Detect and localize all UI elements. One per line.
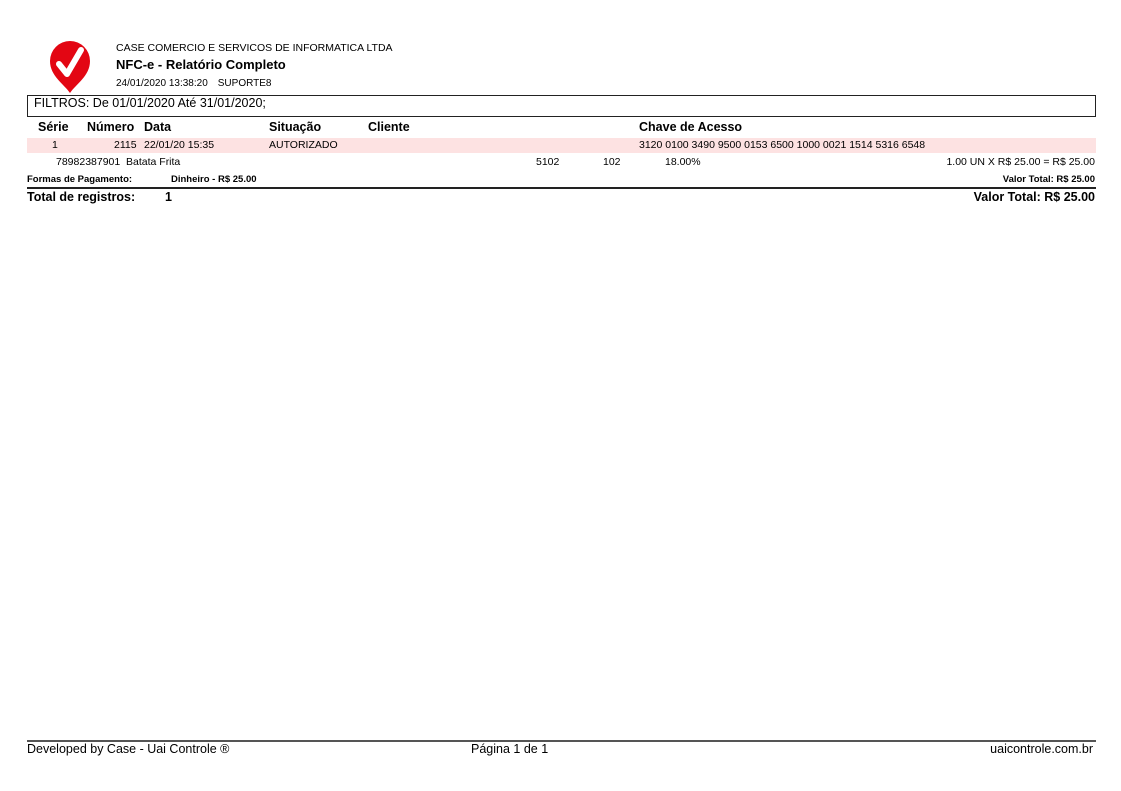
col-header-situacao: Situação: [269, 120, 321, 134]
item-calculo: 1.00 UN X R$ 25.00 = R$ 25.00: [946, 156, 1095, 168]
report-title: NFC-e - Relatório Completo: [116, 57, 286, 72]
user-name: SUPORTE8: [218, 78, 272, 89]
item-codigo: 78982387901: [56, 156, 120, 168]
footer-credit: Developed by Case - Uai Controle ®: [27, 742, 229, 756]
cell-data: 22/01/20 15:35: [144, 139, 214, 151]
item-descricao: Batata Frita: [126, 156, 180, 168]
col-header-serie: Série: [38, 120, 69, 134]
generated-at: 24/01/2020 13:38:20: [116, 78, 208, 89]
cell-chave: 3120 0100 3490 9500 0153 6500 1000 0021 …: [639, 139, 925, 151]
item-aliquota: 18.00%: [665, 156, 701, 168]
filter-text: FILTROS: De 01/01/2020 Até 31/01/2020;: [34, 96, 266, 110]
cell-situacao: AUTORIZADO: [269, 139, 338, 151]
company-name: CASE COMERCIO E SERVICOS DE INFORMATICA …: [116, 42, 393, 54]
record-total: Valor Total: R$ 25.00: [1003, 174, 1095, 185]
payment-label: Formas de Pagamento:: [27, 174, 132, 185]
page-number: Página 1 de 1: [471, 742, 548, 756]
red-check-pin-icon: [48, 40, 92, 94]
grand-total: Valor Total: R$ 25.00: [974, 190, 1095, 204]
report-meta: 24/01/2020 13:38:20SUPORTE8: [116, 78, 272, 89]
divider: [27, 187, 1096, 189]
cell-numero: 2115: [114, 139, 137, 151]
col-header-numero: Número: [87, 120, 134, 134]
total-registros-value: 1: [165, 190, 172, 204]
total-registros-label: Total de registros:: [27, 190, 135, 204]
cell-serie: 1: [52, 139, 58, 151]
col-header-chave: Chave de Acesso: [639, 120, 742, 134]
col-header-data: Data: [144, 120, 171, 134]
footer-website: uaicontrole.com.br: [990, 742, 1093, 756]
col-header-cliente: Cliente: [368, 120, 410, 134]
item-cst: 102: [603, 156, 621, 168]
item-cfop: 5102: [536, 156, 559, 168]
payment-value: Dinheiro - R$ 25.00: [171, 174, 257, 185]
